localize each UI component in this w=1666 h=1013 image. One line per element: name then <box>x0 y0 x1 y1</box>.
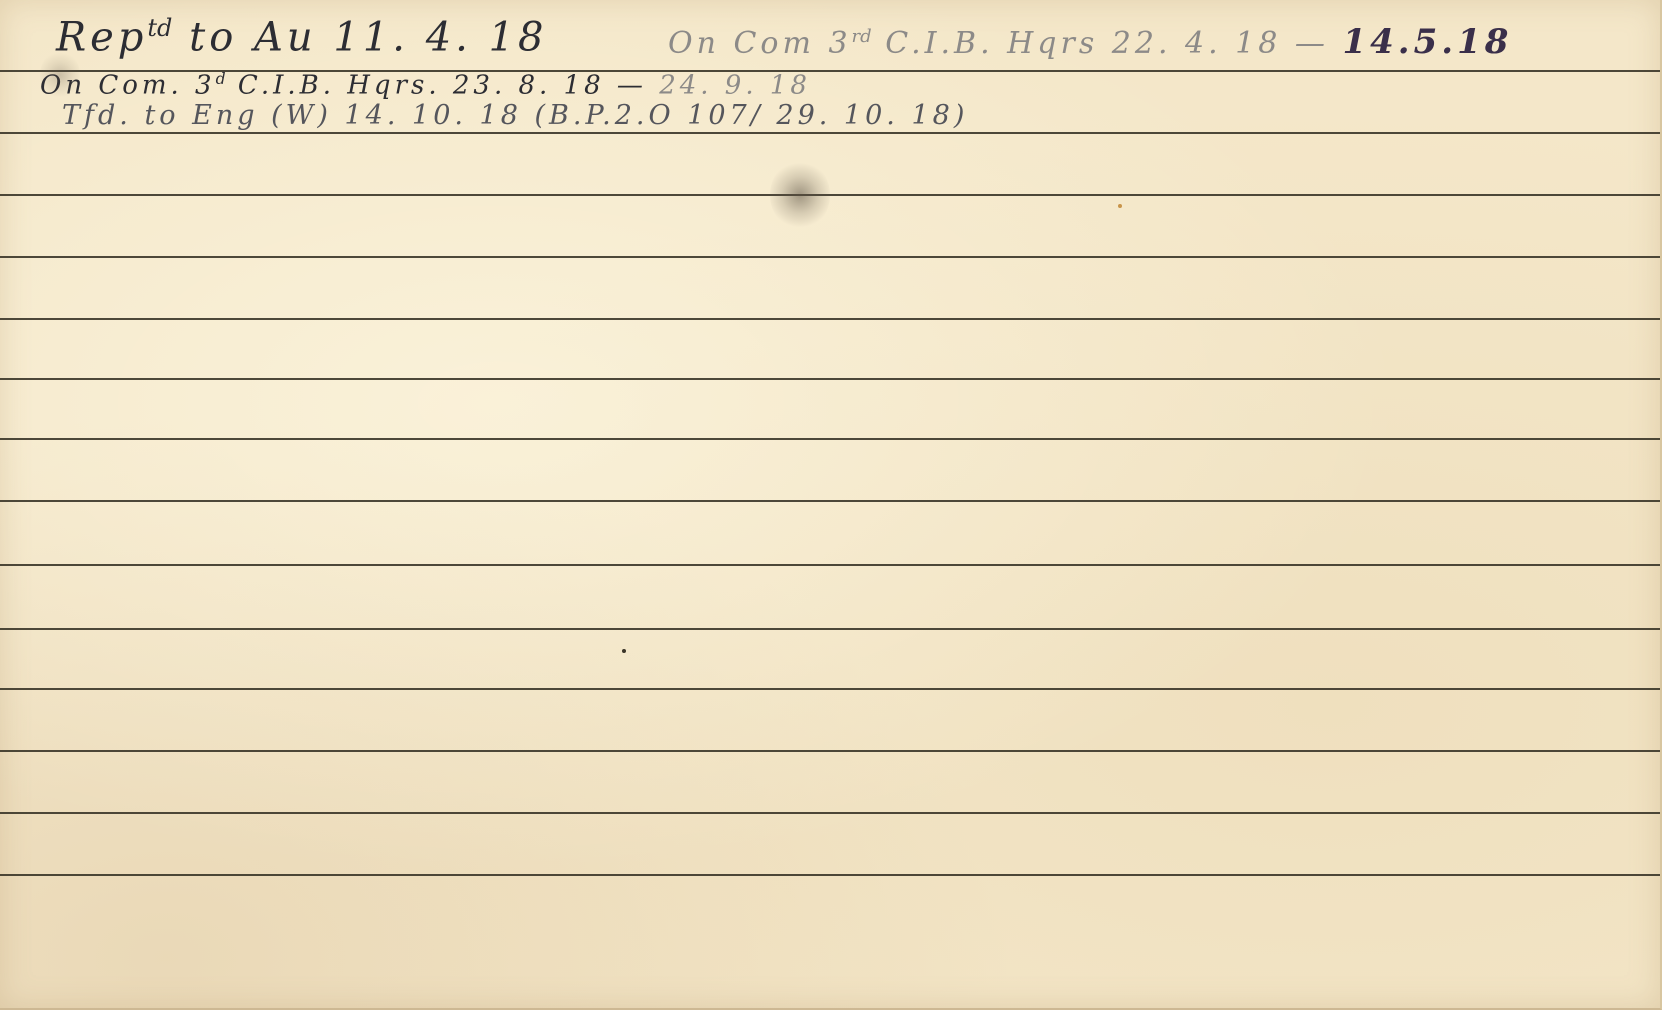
entry-transferred-to-england: Tfd. to Eng (W) 14. 10. 18 (B.P.2.O 107/… <box>62 100 968 131</box>
superscript: d <box>216 70 226 88</box>
ruled-line <box>0 438 1660 440</box>
ruled-line <box>0 256 1660 258</box>
ink-smudge <box>40 50 80 100</box>
ruled-line <box>0 628 1660 630</box>
ruled-line <box>0 194 1660 196</box>
ruled-line <box>0 564 1660 566</box>
index-card: Reptd to Au 11. 4. 18 On Com 3rd C.I.B. … <box>0 0 1662 1010</box>
entry-text: C.I.B. Hqrs. 23. 8. 18 — <box>226 71 660 101</box>
ruled-line <box>0 132 1660 134</box>
ink-smudge <box>770 160 830 230</box>
ruled-line <box>0 688 1660 690</box>
entry-reported-to-au: Reptd to Au 11. 4. 18 <box>56 14 547 60</box>
entry-end-date: 14.5.18 <box>1342 22 1512 62</box>
ink-dot <box>1118 204 1122 208</box>
entry-text: to Au 11. 4. 18 <box>172 14 547 60</box>
entry-text: C.I.B. Hqrs 22. 4. 18 — <box>872 26 1343 61</box>
entry-text: Tfd. to Eng (W) 14. 10. 18 (B.P.2.O 107/… <box>62 100 968 131</box>
ruled-line <box>0 500 1660 502</box>
superscript: rd <box>852 26 872 47</box>
ruled-line <box>0 750 1660 752</box>
entry-on-command-apr-may: On Com 3rd C.I.B. Hqrs 22. 4. 18 — 14.5.… <box>668 22 1512 62</box>
entry-end-date: 24. 9. 18 <box>659 71 811 101</box>
ruled-line <box>0 812 1660 814</box>
superscript: td <box>147 14 172 42</box>
ruled-line <box>0 378 1660 380</box>
entry-on-command-aug-sep: On Com. 3d C.I.B. Hqrs. 23. 8. 18 — 24. … <box>40 70 811 101</box>
ink-dot <box>622 649 626 653</box>
ruled-line <box>0 318 1660 320</box>
entry-text: On Com 3 <box>668 26 852 61</box>
ruled-line <box>0 874 1660 876</box>
